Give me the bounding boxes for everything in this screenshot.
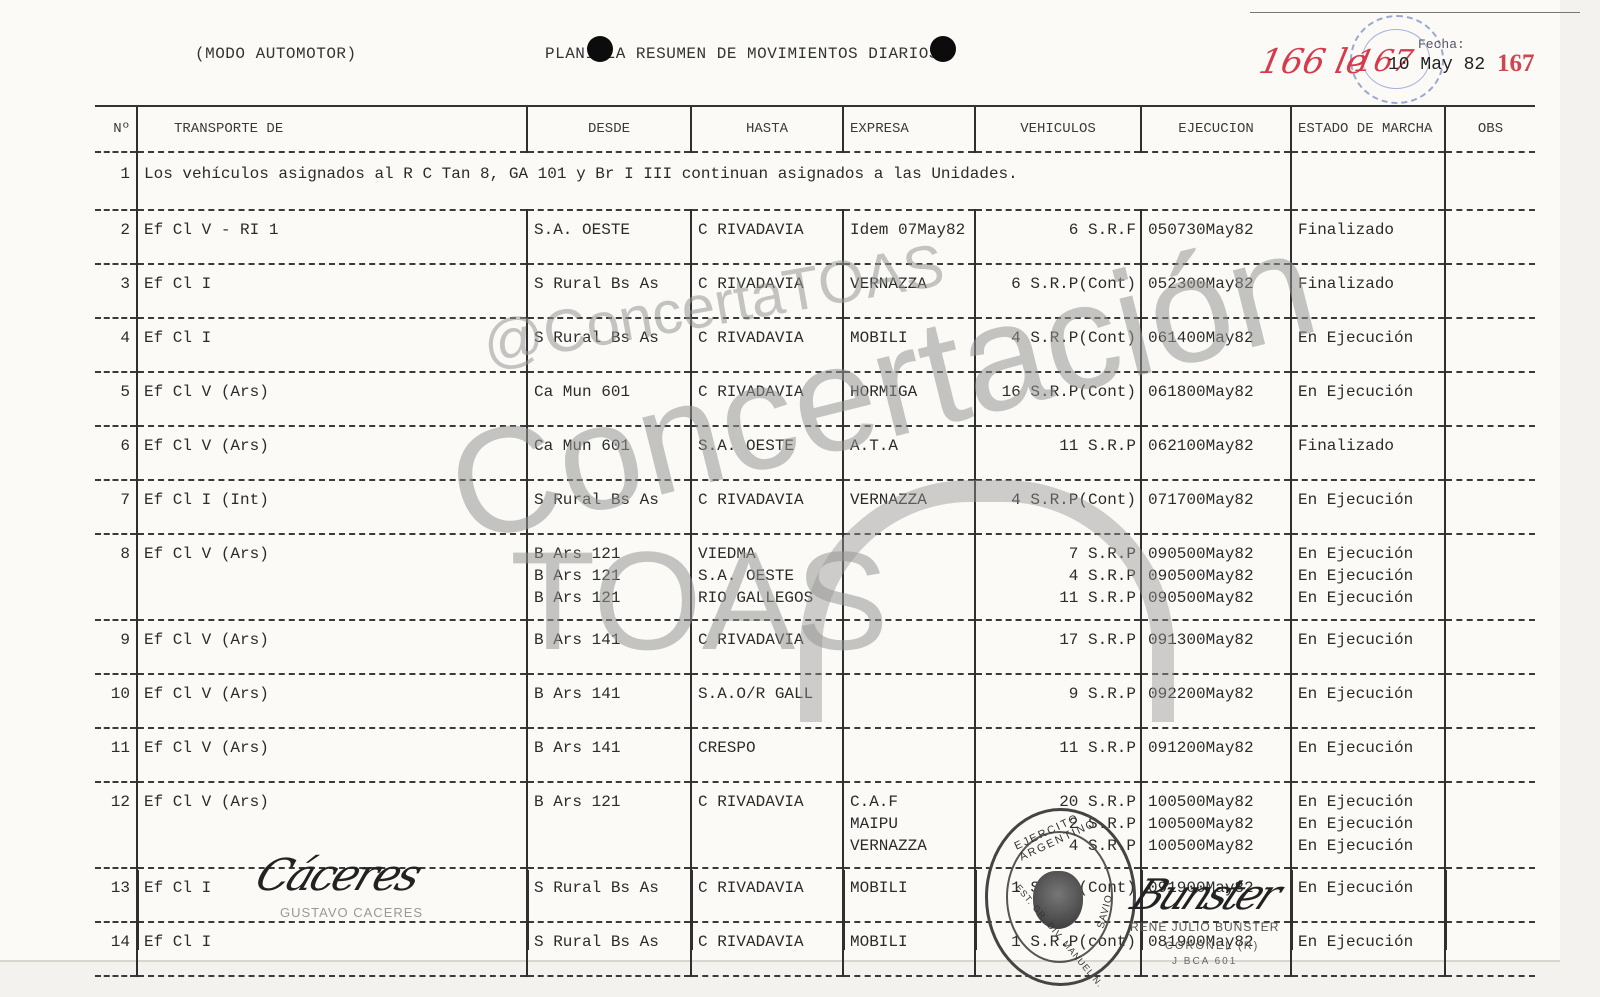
- row-number: 13: [95, 868, 137, 922]
- cell-estado: En Ejecución: [1291, 480, 1445, 534]
- cell-line: 4 S.R.P: [982, 565, 1136, 587]
- cell-line: RIO GALLEGOS: [698, 587, 836, 609]
- cell-expresa: [843, 534, 975, 620]
- cell-expresa: Idem 07May82: [843, 210, 975, 264]
- col-header-hasta: HASTA: [691, 106, 843, 152]
- punch-hole-icon: [587, 36, 613, 62]
- cell-line: Ca Mun 601: [534, 383, 684, 401]
- cell-vehiculos: 16 S.R.P(Cont): [975, 372, 1141, 426]
- cell-line: 090500May82: [1148, 565, 1284, 587]
- cell-obs: [1445, 534, 1535, 620]
- table-row: 11Ef Cl V (Ars)B Ars 141CRESPO11 S.R.P09…: [95, 728, 1535, 782]
- cell-line: MAIPU: [850, 813, 968, 835]
- row-number: 2: [95, 210, 137, 264]
- col-header-estado: ESTADO DE MARCHA: [1291, 106, 1445, 152]
- cell-line: 092200May82: [1148, 685, 1284, 703]
- cell-expresa: [843, 728, 975, 782]
- cell-line: En Ejecución: [1298, 631, 1438, 649]
- signature-right: Bunster: [1124, 870, 1287, 919]
- cell-desde: B Ars 141: [527, 728, 691, 782]
- note-text: Los vehículos asignados al R C Tan 8, GA…: [137, 152, 1291, 210]
- cell-line: En Ejecución: [1298, 685, 1438, 703]
- cell-estado: En Ejecución: [1291, 318, 1445, 372]
- cell-line: CRESPO: [698, 739, 836, 757]
- table-row: 9Ef Cl V (Ars)B Ars 141C RIVADAVIA17 S.R…: [95, 620, 1535, 674]
- cell-desde: B Ars 121: [527, 782, 691, 868]
- cell-line: En Ejecución: [1298, 383, 1438, 401]
- cell-obs: [1445, 868, 1535, 922]
- official-seal-icon: EJERCITO ARGENTINO SAVIO EST. GR. DIV. M…: [985, 808, 1136, 986]
- row-number: 14: [95, 922, 137, 976]
- cell-desde: S Rural Bs As: [527, 868, 691, 922]
- cell-hasta: S.A.O/R GALL: [691, 674, 843, 728]
- cell-hasta: S.A. OESTE: [691, 426, 843, 480]
- cell-desde: Ca Mun 601: [527, 372, 691, 426]
- cell-estado: En Ejecución: [1291, 620, 1445, 674]
- cell-vehiculos: 6 S.R.P(Cont): [975, 264, 1141, 318]
- cell-line: B Ars 121: [534, 543, 684, 565]
- cell-hasta: C RIVADAVIA: [691, 868, 843, 922]
- cell-transporte: Ef Cl V (Ars): [137, 674, 527, 728]
- cell-hasta: C RIVADAVIA: [691, 264, 843, 318]
- table-row: 8Ef Cl V (Ars)B Ars 121B Ars 121B Ars 12…: [95, 534, 1535, 620]
- cell-obs: [1445, 152, 1535, 210]
- cell-line: 7 S.R.P: [982, 543, 1136, 565]
- document-date: 10 May 82: [1388, 55, 1485, 75]
- cell-hasta: CRESPO: [691, 728, 843, 782]
- cell-hasta: C RIVADAVIA: [691, 318, 843, 372]
- cell-line: VIEDMA: [698, 543, 836, 565]
- page-number-stamp: 167: [1497, 50, 1535, 78]
- cell-line: Idem 07May82: [850, 221, 968, 239]
- cell-line: 9 S.R.P: [982, 685, 1136, 703]
- cell-line: C RIVADAVIA: [698, 275, 836, 293]
- cell-line: C RIVADAVIA: [698, 879, 836, 897]
- cell-hasta: VIEDMAS.A. OESTERIO GALLEGOS: [691, 534, 843, 620]
- cell-line: C RIVADAVIA: [698, 631, 836, 649]
- cell-line: 062100May82: [1148, 437, 1284, 455]
- signatory-right-rank: CORONEL (R): [1165, 940, 1259, 952]
- cell-line: S Rural Bs As: [534, 275, 684, 293]
- cell-desde: B Ars 141: [527, 674, 691, 728]
- cell-line: En Ejecución: [1298, 329, 1438, 347]
- cell-line: 11 S.R.P: [982, 739, 1136, 757]
- cell-line: S Rural Bs As: [534, 329, 684, 347]
- cell-line: 090500May82: [1148, 587, 1284, 609]
- cell-line: 050730May82: [1148, 221, 1284, 239]
- cell-desde: S.A. OESTE: [527, 210, 691, 264]
- table-footer-divider: [1445, 870, 1447, 950]
- cell-transporte: Ef Cl V (Ars): [137, 534, 527, 620]
- cell-vehiculos: 4 S.R.P(Cont): [975, 480, 1141, 534]
- table-row-note: 1 Los vehículos asignados al R C Tan 8, …: [95, 152, 1535, 210]
- cell-obs: [1445, 210, 1535, 264]
- cell-obs: [1445, 264, 1535, 318]
- col-header-transporte: TRANSPORTE DE: [137, 106, 527, 152]
- cell-transporte: Ef Cl I: [137, 264, 527, 318]
- cell-line: 100500May82: [1148, 835, 1284, 857]
- cell-estado: Finalizado: [1291, 210, 1445, 264]
- cell-line: 11 S.R.P: [982, 587, 1136, 609]
- cell-obs: [1445, 728, 1535, 782]
- cell-line: VERNAZZA: [850, 275, 968, 293]
- cell-expresa: MOBILI: [843, 922, 975, 976]
- cell-line: En Ejecución: [1298, 879, 1438, 897]
- cell-obs: [1445, 782, 1535, 868]
- cell-line: Finalizado: [1298, 275, 1438, 293]
- table-footer-divider: [1291, 870, 1293, 950]
- cell-desde: S Rural Bs As: [527, 318, 691, 372]
- col-header-number: Nº: [95, 106, 137, 152]
- document-sheet: (MODO AUTOMOTOR) PLANILLA RESUMEN DE MOV…: [0, 0, 1560, 960]
- cell-expresa: VERNAZZA: [843, 264, 975, 318]
- cell-obs: [1445, 674, 1535, 728]
- cell-line: B Ars 141: [534, 685, 684, 703]
- cell-hasta: C RIVADAVIA: [691, 620, 843, 674]
- cell-estado: En EjecuciónEn EjecuciónEn Ejecución: [1291, 534, 1445, 620]
- cell-line: En Ejecución: [1298, 835, 1438, 857]
- cell-estado: En EjecuciónEn EjecuciónEn Ejecución: [1291, 782, 1445, 868]
- cell-line: S Rural Bs As: [534, 491, 684, 509]
- cell-line: Ca Mun 601: [534, 437, 684, 455]
- row-number: 3: [95, 264, 137, 318]
- cell-line: En Ejecución: [1298, 739, 1438, 757]
- table-row: 14Ef Cl IS Rural Bs AsC RIVADAVIAMOBILI1…: [95, 922, 1535, 976]
- cell-expresa: MOBILI: [843, 868, 975, 922]
- cell-line: 091200May82: [1148, 739, 1284, 757]
- cell-line: VERNAZZA: [850, 835, 968, 857]
- row-number: 9: [95, 620, 137, 674]
- col-header-obs: OBS: [1445, 106, 1535, 152]
- cell-expresa: [843, 674, 975, 728]
- cell-line: 16 S.R.P(Cont): [982, 383, 1136, 401]
- cell-expresa: VERNAZZA: [843, 480, 975, 534]
- cell-line: S Rural Bs As: [534, 879, 684, 897]
- cell-ejecucion: 052300May82: [1141, 264, 1291, 318]
- row-number: 11: [95, 728, 137, 782]
- cell-desde: Ca Mun 601: [527, 426, 691, 480]
- row-number: 1: [95, 152, 137, 210]
- cell-transporte: Ef Cl V (Ars): [137, 372, 527, 426]
- table-footer-divider: [691, 870, 693, 950]
- movements-table: Nº TRANSPORTE DE DESDE HASTA EXPRESA VEH…: [95, 105, 1535, 977]
- row-number: 8: [95, 534, 137, 620]
- cell-line: En Ejecución: [1298, 813, 1438, 835]
- cell-ejecucion: 100500May82100500May82100500May82: [1141, 782, 1291, 868]
- cell-estado: En Ejecución: [1291, 728, 1445, 782]
- cell-line: C.A.F: [850, 791, 968, 813]
- cell-line: C RIVADAVIA: [698, 791, 836, 813]
- cell-line: 071700May82: [1148, 491, 1284, 509]
- table-row: 3Ef Cl IS Rural Bs AsC RIVADAVIAVERNAZZA…: [95, 264, 1535, 318]
- cell-line: C RIVADAVIA: [698, 933, 836, 951]
- table-row: 4Ef Cl IS Rural Bs AsC RIVADAVIAMOBILI4 …: [95, 318, 1535, 372]
- cell-estado: Finalizado: [1291, 264, 1445, 318]
- cell-obs: [1445, 372, 1535, 426]
- cell-expresa: HORMIGA: [843, 372, 975, 426]
- cell-line: Finalizado: [1298, 437, 1438, 455]
- cell-line: MOBILI: [850, 879, 968, 897]
- cell-line: C RIVADAVIA: [698, 383, 836, 401]
- signature-left: Cáceres: [249, 850, 427, 901]
- cell-estado: Finalizado: [1291, 426, 1445, 480]
- cell-obs: [1445, 480, 1535, 534]
- cell-vehiculos: 4 S.R.P(Cont): [975, 318, 1141, 372]
- cell-expresa: A.T.A: [843, 426, 975, 480]
- date-label: Fecha:: [1418, 37, 1465, 52]
- top-border-line: [1250, 12, 1580, 13]
- cell-ejecucion: 061400May82: [1141, 318, 1291, 372]
- cell-line: 052300May82: [1148, 275, 1284, 293]
- cell-line: C RIVADAVIA: [698, 491, 836, 509]
- cell-hasta: C RIVADAVIA: [691, 372, 843, 426]
- cell-ejecucion: 050730May82: [1141, 210, 1291, 264]
- cell-obs: [1445, 318, 1535, 372]
- cell-line: 061800May82: [1148, 383, 1284, 401]
- cell-ejecucion: 090500May82090500May82090500May82: [1141, 534, 1291, 620]
- row-number: 10: [95, 674, 137, 728]
- table-row: 5Ef Cl V (Ars)Ca Mun 601C RIVADAVIAHORMI…: [95, 372, 1535, 426]
- cell-desde: S Rural Bs As: [527, 264, 691, 318]
- cell-vehiculos: 17 S.R.P: [975, 620, 1141, 674]
- seal-side-text: SAVIO: [1096, 893, 1116, 929]
- cell-line: En Ejecución: [1298, 565, 1438, 587]
- cell-transporte: Ef Cl V - RI 1: [137, 210, 527, 264]
- signatory-right-name: RENE JULIO BUNSTER: [1130, 920, 1279, 934]
- table-footer-divider: [975, 870, 977, 950]
- cell-line: C RIVADAVIA: [698, 221, 836, 239]
- table-row: 7Ef Cl I (Int)S Rural Bs AsC RIVADAVIAVE…: [95, 480, 1535, 534]
- cell-line: Finalizado: [1298, 221, 1438, 239]
- cell-line: B Ars 121: [534, 587, 684, 609]
- row-number: 12: [95, 782, 137, 868]
- cell-estado: En Ejecución: [1291, 922, 1445, 976]
- cell-line: 100500May82: [1148, 813, 1284, 835]
- cell-obs: [1445, 922, 1535, 976]
- cell-line: En Ejecución: [1298, 933, 1438, 951]
- cell-obs: [1445, 426, 1535, 480]
- table-row: 2Ef Cl V - RI 1S.A. OESTEC RIVADAVIAIdem…: [95, 210, 1535, 264]
- cell-transporte: Ef Cl V (Ars): [137, 620, 527, 674]
- cell-vehiculos: 11 S.R.P: [975, 728, 1141, 782]
- col-header-vehiculos: VEHICULOS: [975, 106, 1141, 152]
- cell-line: MOBILI: [850, 933, 968, 951]
- cell-transporte: Ef Cl V (Ars): [137, 728, 527, 782]
- cell-line: 061400May82: [1148, 329, 1284, 347]
- cell-line: 17 S.R.P: [982, 631, 1136, 649]
- signatory-right-unit: J BCA 601: [1172, 956, 1237, 967]
- cell-desde: B Ars 121B Ars 121B Ars 121: [527, 534, 691, 620]
- cell-line: S Rural Bs As: [534, 933, 684, 951]
- row-number: 4: [95, 318, 137, 372]
- cell-estado: En Ejecución: [1291, 868, 1445, 922]
- signatory-left-name: GUSTAVO CACERES: [280, 905, 423, 920]
- table-footer-divider: [527, 870, 529, 950]
- cell-line: 4 S.R.P(Cont): [982, 491, 1136, 509]
- cell-ejecucion: 061800May82: [1141, 372, 1291, 426]
- cell-ejecucion: 091300May82: [1141, 620, 1291, 674]
- cell-hasta: C RIVADAVIA: [691, 922, 843, 976]
- cell-line: 6 S.R.P(Cont): [982, 275, 1136, 293]
- cell-line: C RIVADAVIA: [698, 329, 836, 347]
- cell-desde: S Rural Bs As: [527, 922, 691, 976]
- row-number: 5: [95, 372, 137, 426]
- cell-ejecucion: 071700May82: [1141, 480, 1291, 534]
- cell-expresa: [843, 620, 975, 674]
- cell-line: 100500May82: [1148, 791, 1284, 813]
- cell-line: En Ejecución: [1298, 491, 1438, 509]
- cell-line: 091300May82: [1148, 631, 1284, 649]
- cell-expresa: MOBILI: [843, 318, 975, 372]
- cell-transporte: Ef Cl I: [137, 318, 527, 372]
- cell-estado: [1291, 152, 1445, 210]
- cell-line: B Ars 121: [534, 791, 684, 813]
- cell-line: S.A. OESTE: [698, 437, 836, 455]
- row-number: 6: [95, 426, 137, 480]
- cell-hasta: C RIVADAVIA: [691, 480, 843, 534]
- cell-ejecucion: 092200May82: [1141, 674, 1291, 728]
- cell-line: 4 S.R.P(Cont): [982, 329, 1136, 347]
- cell-line: B Ars 141: [534, 739, 684, 757]
- cell-transporte: Ef Cl I (Int): [137, 480, 527, 534]
- cell-line: En Ejecución: [1298, 587, 1438, 609]
- cell-line: S.A. OESTE: [534, 221, 684, 239]
- cell-vehiculos: 11 S.R.P: [975, 426, 1141, 480]
- cell-estado: En Ejecución: [1291, 372, 1445, 426]
- cell-hasta: C RIVADAVIA: [691, 782, 843, 868]
- cell-transporte: Ef Cl V (Ars): [137, 426, 527, 480]
- cell-vehiculos: 9 S.R.P: [975, 674, 1141, 728]
- table-footer-divider: [137, 870, 139, 950]
- col-header-expresa: EXPRESA: [843, 106, 975, 152]
- cell-line: 6 S.R.F: [982, 221, 1136, 239]
- mode-label: (MODO AUTOMOTOR): [195, 45, 357, 63]
- cell-ejecucion: 062100May82: [1141, 426, 1291, 480]
- table-header-row: Nº TRANSPORTE DE DESDE HASTA EXPRESA VEH…: [95, 106, 1535, 152]
- cell-vehiculos: 6 S.R.F: [975, 210, 1141, 264]
- cell-line: 11 S.R.P: [982, 437, 1136, 455]
- cell-line: B Ars 121: [534, 565, 684, 587]
- cell-line: HORMIGA: [850, 383, 968, 401]
- table-row: 6Ef Cl V (Ars)Ca Mun 601S.A. OESTEA.T.A1…: [95, 426, 1535, 480]
- col-header-ejecucion: EJECUCION: [1141, 106, 1291, 152]
- cell-line: S.A.O/R GALL: [698, 685, 836, 703]
- cell-line: En Ejecución: [1298, 543, 1438, 565]
- cell-estado: En Ejecución: [1291, 674, 1445, 728]
- cell-line: 090500May82: [1148, 543, 1284, 565]
- row-number: 7: [95, 480, 137, 534]
- table-row: 10Ef Cl V (Ars)B Ars 141S.A.O/R GALL9 S.…: [95, 674, 1535, 728]
- punch-hole-icon: [930, 36, 956, 62]
- cell-vehiculos: 7 S.R.P4 S.R.P11 S.R.P: [975, 534, 1141, 620]
- cell-obs: [1445, 620, 1535, 674]
- cell-line: En Ejecución: [1298, 791, 1438, 813]
- cell-transporte: Ef Cl I: [137, 922, 527, 976]
- cell-hasta: C RIVADAVIA: [691, 210, 843, 264]
- cell-ejecucion: 091200May82: [1141, 728, 1291, 782]
- cell-line: VERNAZZA: [850, 491, 968, 509]
- cell-line: B Ars 141: [534, 631, 684, 649]
- cell-line: A.T.A: [850, 437, 968, 455]
- col-header-desde: DESDE: [527, 106, 691, 152]
- cell-line: MOBILI: [850, 329, 968, 347]
- cell-desde: B Ars 141: [527, 620, 691, 674]
- cell-line: S.A. OESTE: [698, 565, 836, 587]
- cell-desde: S Rural Bs As: [527, 480, 691, 534]
- cell-expresa: C.A.FMAIPUVERNAZZA: [843, 782, 975, 868]
- table-footer-divider: [843, 870, 845, 950]
